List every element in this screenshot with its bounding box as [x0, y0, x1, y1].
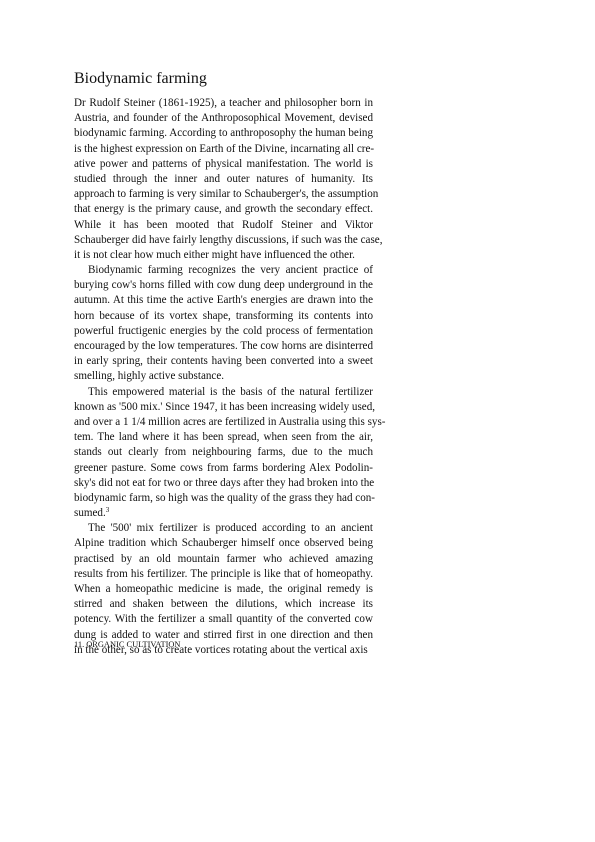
text-line: autumn. At this time the active Earth's …: [74, 293, 373, 308]
text-line: Austria, and founder of the Anthroposoph…: [74, 111, 373, 126]
text-line: greener pasture. Some cows from farms bo…: [74, 461, 373, 476]
text-line: Schauberger did have fairly lengthy disc…: [74, 233, 373, 248]
text-line: This empowered material is the basis of …: [74, 385, 373, 400]
text-line: it is not clear how much either might ha…: [74, 248, 373, 263]
text-line: in early spring, their contents having b…: [74, 354, 373, 369]
text-line: practised by an old mountain farmer who …: [74, 552, 373, 567]
text-line: horn because of its vortex shape, transf…: [74, 309, 373, 324]
text-line: Dr Rudolf Steiner (1861-1925), a teacher…: [74, 96, 373, 111]
footnote-reference[interactable]: 3: [106, 506, 110, 514]
text-line: Biodynamic farming recognizes the very a…: [74, 263, 373, 278]
paragraph-2: Biodynamic farming recognizes the very a…: [74, 263, 373, 385]
paragraph-3: This empowered material is the basis of …: [74, 385, 373, 522]
text-line: While it has been mooted that Rudolf Ste…: [74, 218, 373, 233]
text-line: powerful fructigenic energies by the col…: [74, 324, 373, 339]
text-line: Alpine tradition which Schauberger himse…: [74, 536, 373, 551]
paragraph-1: Dr Rudolf Steiner (1861-1925), a teacher…: [74, 96, 373, 263]
paragraph-4: The '500' mix fertilizer is produced acc…: [74, 521, 373, 658]
text-line: When a homeopathic medicine is made, the…: [74, 582, 373, 597]
body-text: Dr Rudolf Steiner (1861-1925), a teacher…: [74, 96, 373, 658]
text-line: and over a 1 1/4 million acres are ferti…: [74, 415, 373, 430]
text-line: known as '500 mix.' Since 1947, it has b…: [74, 400, 373, 415]
text-line: ative power and patterns of physical man…: [74, 157, 373, 172]
text-line-with-footnote: sumed.3: [74, 506, 373, 521]
text-line: biodynamic farm, so high was the quality…: [74, 491, 373, 506]
text-line: biodynamic farming. According to anthrop…: [74, 126, 373, 141]
section-title: Biodynamic farming: [74, 70, 207, 88]
text-line: potency. With the fertilizer a small qua…: [74, 612, 373, 627]
text-line: burying cow's horns filled with cow dung…: [74, 278, 373, 293]
document-page: Biodynamic farming Dr Rudolf Steiner (18…: [0, 0, 595, 842]
text-line: stands out clearly from neighbouring far…: [74, 445, 373, 460]
text-line: sky's did not eat for two or three days …: [74, 476, 373, 491]
text-line: stirred and shaken between the dilutions…: [74, 597, 373, 612]
text-fragment: sumed.: [74, 507, 106, 519]
running-footer: 11. ORGANIC CULTIVATION: [74, 640, 180, 649]
text-line: smelling, highly active substance.: [74, 369, 373, 384]
text-line: tem. The land where it has been spread, …: [74, 430, 373, 445]
text-line: encouraged by the low temperatures. The …: [74, 339, 373, 354]
text-line: The '500' mix fertilizer is produced acc…: [74, 521, 373, 536]
text-line: approach to farming is very similar to S…: [74, 187, 373, 202]
text-line: results from his fertilizer. The princip…: [74, 567, 373, 582]
text-line: is the highest expression on Earth of th…: [74, 142, 373, 157]
text-line: studied through the inner and outer natu…: [74, 172, 373, 187]
text-line: that energy is the primary cause, and gr…: [74, 202, 373, 217]
